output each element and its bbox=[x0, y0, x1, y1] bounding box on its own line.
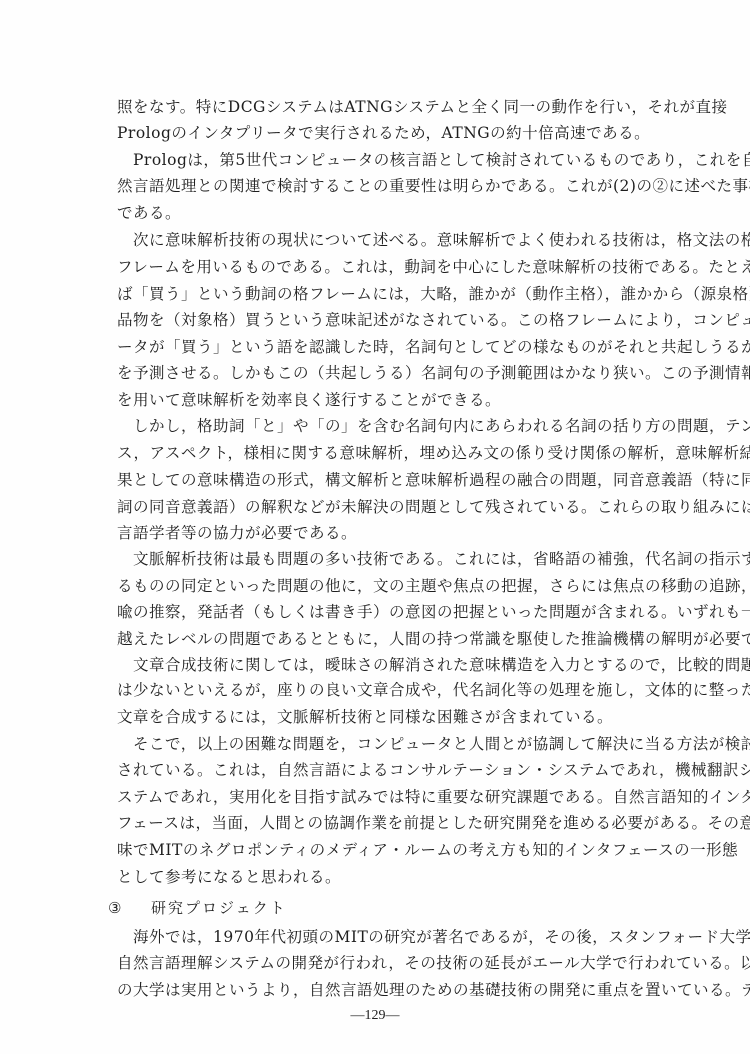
text-line: は少ないといえるが，座りの良い文章合成や，代名詞化等の処理を施し，文体的に整った bbox=[117, 680, 681, 700]
text-line: 詞の同音意義語）の解釈などが未解決の問題として残されている。これらの取り組みには… bbox=[117, 497, 681, 517]
text-line: 言語学者等の協力が必要である。 bbox=[117, 523, 417, 543]
section-number: ③ bbox=[108, 899, 123, 917]
text-line: そこで，以上の困難な問題を，コンピュータと人間とが協調して解決に当る方法が検討 bbox=[133, 734, 681, 754]
text-line: 文章合成技術に関しては，曖昧さの解消された意味構造を入力とするので，比較的問題 bbox=[133, 655, 681, 675]
text-line: 文章を合成するには，文脈解析技術と同様な困難さが含まれている。 bbox=[117, 707, 597, 727]
text-line: の大学は実用というより，自然言語処理のための基礎技術の開発に重点を置いている。テ bbox=[117, 980, 681, 1000]
text-line: 照をなす。特にDCGシステムはATNGシステムと全く同一の動作を行い，それが直接 bbox=[117, 97, 655, 117]
section-title: 研究プロジェクト bbox=[151, 899, 287, 917]
text-line: 喩の推察，発話者（もしくは書き手）の意図の把握といった問題が含まれる。いずれも一… bbox=[117, 602, 681, 622]
document-page: 照をなす。特にDCGシステムはATNGシステムと全く同一の動作を行い，それが直接… bbox=[0, 0, 750, 1054]
text-line: ステムであれ，実用化を目指す試みでは特に重要な研究課題である。自然言語知的インタ bbox=[117, 787, 681, 807]
text-line: Prologのインタプリータで実行されるため，ATNGの約十倍高速である。 bbox=[117, 123, 657, 143]
text-line: 越えたレベルの問題であるとともに，人間の持つ常識を駆使した推論機構の解明が必要で… bbox=[117, 629, 681, 649]
text-line: 文脈解析技術は最も問題の多い技術である。これには，省略語の補強，代名詞の指示す bbox=[133, 549, 681, 569]
text-line: ータが「買う」という語を認識した時，名詞句としてどの様なものがそれと共起しうるか bbox=[117, 337, 681, 357]
text-line: 味でMITのネグロポンティのメディア・ルームの考え方も知的インタフェースの一形態 bbox=[117, 840, 681, 860]
text-line: ば「買う」という動詞の格フレームには，大略，誰かが（動作主格），誰かから（源泉格… bbox=[117, 284, 681, 304]
text-line: 次に意味解析技術の現状について述べる。意味解析でよく使われる技術は，格文法の格 bbox=[133, 230, 681, 250]
section-heading: ③ 研究プロジェクト bbox=[108, 898, 287, 918]
text-line: 果としての意味構造の形式，構文解析と意味解析過程の融合の問題，同音意義語（特に同… bbox=[117, 470, 681, 490]
text-line: フェースは，当面，人間との協調作業を前提とした研究開発を進める必要がある。その意 bbox=[117, 813, 681, 833]
text-line: Prologは，第5世代コンピュータの核言語として検討されているものであり，これ… bbox=[133, 150, 681, 170]
page-number: —129— bbox=[0, 1008, 750, 1024]
text-line: されている。これは，自然言語によるコンサルテーション・システムであれ，機械翻訳シ bbox=[117, 760, 681, 780]
text-line: 海外では，1970年代初頭のMITの研究が著名であるが，その後，スタンフォード大… bbox=[133, 927, 681, 947]
text-line: である。 bbox=[117, 203, 217, 223]
text-line: を予測させる。しかもこの（共起しうる）名詞句の予測範囲はかなり狭い。この予測情報 bbox=[117, 363, 681, 383]
text-line: 品物を（対象格）買うという意味記述がなされている。この格フレームにより，コンピュ bbox=[117, 310, 681, 330]
text-line: として参考になると思われる。 bbox=[117, 867, 417, 887]
text-line: フレームを用いるものである。これは，動詞を中心にした意味解析の技術である。たとえ bbox=[117, 257, 681, 277]
text-line: しかし，格助詞「と」や「の」を含む名詞句内にあらわれる名詞の括り方の問題，テン bbox=[133, 416, 681, 436]
text-line: るものの同定といった問題の他に，文の主題や焦点の把握，さらには焦点の移動の追跡，… bbox=[117, 576, 681, 596]
text-line: を用いて意味解析を効率良く遂行することができる。 bbox=[117, 390, 517, 410]
text-line: ス，アスペクト，様相に関する意味解析，埋め込み文の係り受け関係の解析，意味解析結 bbox=[117, 443, 681, 463]
text-line: 然言語処理との関連で検討することの重要性は明らかである。これが(2)の②に述べた… bbox=[117, 176, 681, 196]
text-line: 自然言語理解システムの開発が行われ，その技術の延長がエール大学で行われている。以… bbox=[117, 953, 681, 973]
